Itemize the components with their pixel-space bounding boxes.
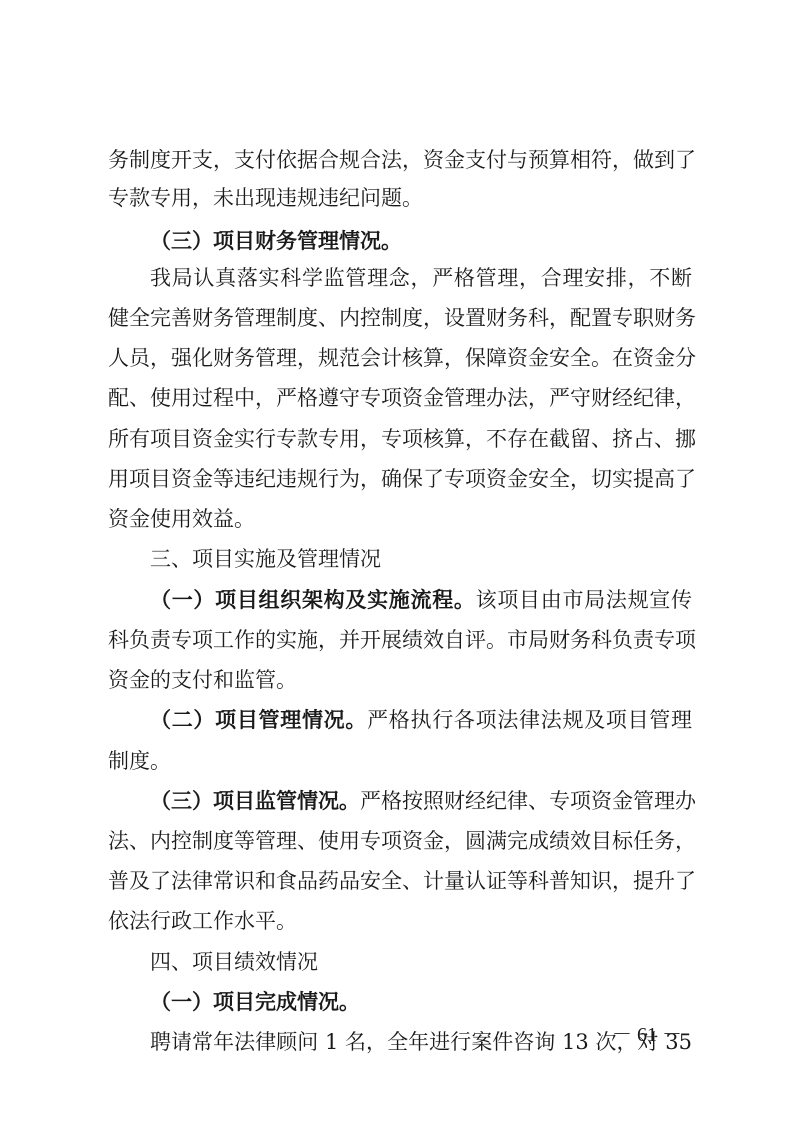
paragraph-line: 制度。 <box>108 747 692 775</box>
paragraph-line: 所有项目资金实行专款专用，专项核算，不存在截留、挤占、挪 <box>108 425 692 453</box>
subsection-heading-financial-management: （三）项目财务管理情况。 <box>150 227 692 255</box>
paragraph-line: 务制度开支，支付依据合规合法，资金支付与预算相符，做到了 <box>108 146 692 174</box>
subsection-heading-completion: （一）项目完成情况。 <box>150 988 692 1016</box>
paragraph-line: 资金的支付和监管。 <box>108 666 692 694</box>
paragraph-line: 健全完善财务管理制度、内控制度，设置财务科，配置专职财务 <box>108 304 692 332</box>
paragraph-line: 配、使用过程中，严格遵守专项资金管理办法，严守财经纪律， <box>108 384 692 412</box>
paragraph-line: 依法行政工作水平。 <box>108 907 692 935</box>
subsection-heading-organization: （一）项目组织架构及实施流程。 <box>150 587 476 612</box>
paragraph-line: 聘请常年法律顾问 1 名，全年进行案件咨询 13 次，对 35 <box>150 1028 692 1056</box>
paragraph-line: 人员，强化财务管理，规范会计核算，保障资金安全。在资金分 <box>108 344 692 372</box>
paragraph-line: 专款专用，未出现违规违纪问题。 <box>108 184 692 212</box>
paragraph-line: 我局认真落实科学监管理念，严格管理，合理安排，不断 <box>150 264 692 292</box>
page-number: － 61 － <box>612 1022 682 1048</box>
paragraph-line: 用项目资金等违纪违规行为，确保了专项资金安全，切实提高了 <box>108 465 692 493</box>
section-heading-implementation: 三、项目实施及管理情况 <box>150 545 692 573</box>
paragraph-text: 严格执行各项法律法规及项目管理 <box>367 708 692 732</box>
paragraph-line: 科负责专项工作的实施，并开展绩效自评。市局财务科负责专项 <box>108 626 692 654</box>
paragraph-line: 普及了法律常识和食品药品安全、计量认证等科普知识，提升了 <box>108 867 692 895</box>
paragraph-text: 该项目由市局法规宣传 <box>476 588 692 612</box>
subsection-heading-supervision: （三）项目监管情况。 <box>150 788 360 813</box>
paragraph-line: 法、内控制度等管理、使用专项资金，圆满完成绩效目标任务， <box>108 827 692 855</box>
paragraph-text: 严格按照财经纪律、专项资金管理办 <box>360 789 696 813</box>
section-heading-performance: 四、项目绩效情况 <box>150 948 692 976</box>
paragraph-line: （三）项目监管情况。严格按照财经纪律、专项资金管理办 <box>150 787 692 815</box>
document-page: 务制度开支，支付依据合规合法，资金支付与预算相符，做到了 专款专用，未出现违规违… <box>0 0 793 1122</box>
paragraph-line: （一）项目组织架构及实施流程。该项目由市局法规宣传 <box>150 586 692 614</box>
subsection-heading-project-management: （二）项目管理情况。 <box>150 707 367 732</box>
paragraph-line: （二）项目管理情况。严格执行各项法律法规及项目管理 <box>150 706 692 734</box>
paragraph-line: 资金使用效益。 <box>108 505 692 533</box>
